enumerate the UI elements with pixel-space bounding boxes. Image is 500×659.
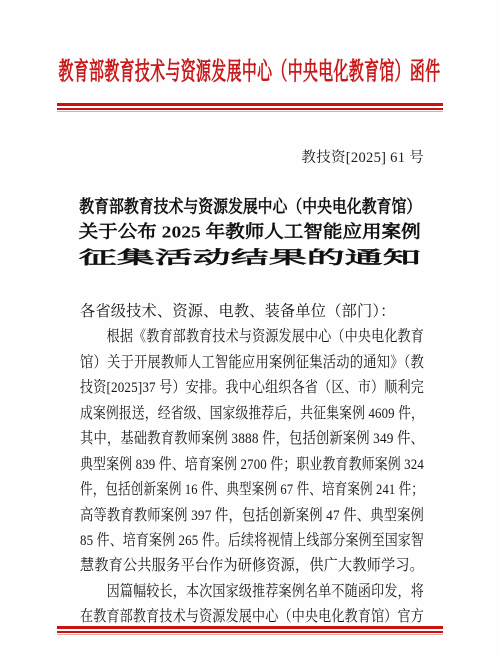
title-line: 关于公布 2025 年教师人工智能应用案例: [79, 219, 421, 247]
body-line: 因篇幅较长，本次国家级推荐案例名单不随函印发，将: [80, 579, 424, 604]
paragraphs: 根据《教育部教育技术与资源发展中心（中央电化教育馆）关于开展教师人工智能应用案例…: [80, 324, 424, 629]
body-line: 根据《教育部教育技术与资源发展中心（中央电化教育: [80, 324, 424, 349]
document-title: 教育部教育技术与资源发展中心（中央电化教育馆） 关于公布 2025 年教师人工智…: [0, 195, 500, 271]
salutation: 各省级技术、资源、电教、装备单位（部门）：: [80, 299, 396, 324]
body-line: 高等教育教师案例 397 件，包括创新案例 47 件、典型案例: [80, 503, 424, 528]
body-line: 件，包括创新案例 16 件、典型案例 67 件、培育案例 241 件；: [80, 477, 424, 502]
bottom-rule-shadow-line: [57, 634, 443, 635]
bottom-rule: [57, 626, 443, 635]
body-line: 典型案例 839 件、培育案例 2700 件；职业教育教师案例 324: [80, 452, 424, 477]
header-rule-shadow-line: [57, 111, 443, 112]
body-line: 馆）关于开展教师人工智能应用案例征集活动的通知》（教: [80, 350, 424, 375]
body-line: 慧教育公共服务平台作为研修资源，供广大教师学习。: [80, 553, 424, 578]
letterhead-title: 教育部教育技术与资源发展中心（中央电化教育馆）函件: [59, 45, 441, 100]
letterhead: 教育部教育技术与资源发展中心（中央电化教育馆）函件: [0, 56, 500, 90]
body-text: 各省级技术、资源、电教、装备单位（部门）： 根据《教育部教育技术与资源发展中心（…: [80, 299, 424, 630]
body-line: 成案例报送，经省级、国家级推荐后，共征集案例 4609 件，: [80, 401, 424, 426]
title-line: 征集活动结果的通知: [79, 244, 421, 272]
header-rule: [57, 103, 443, 112]
body-line: 85 件、培育案例 265 件。后续将视情上线部分案例至国家智: [80, 528, 424, 553]
body-line: 其中，基础教育教师案例 3888 件，包括创新案例 349 件、: [80, 426, 424, 451]
doc-number: 教技资[2025] 61 号: [301, 147, 424, 169]
body-line: 技资[2025]37 号）安排。我中心组织各省（区、市）顺利完: [80, 375, 424, 400]
document-page: 教育部教育技术与资源发展中心（中央电化教育馆）函件 教技资[2025] 61 号…: [0, 0, 500, 659]
